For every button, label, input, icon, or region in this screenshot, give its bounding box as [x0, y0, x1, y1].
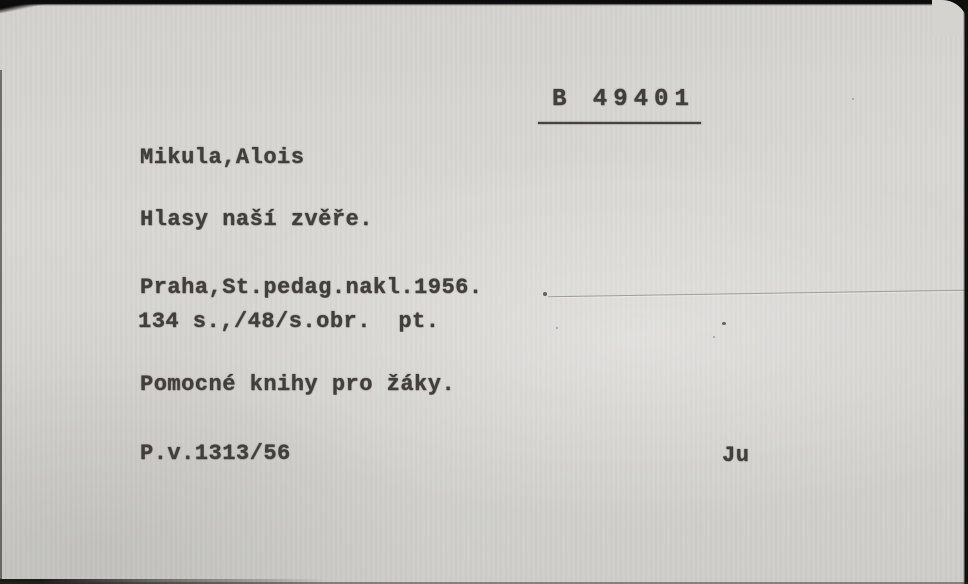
scan-edge-left: [0, 70, 2, 584]
ink-speck: [556, 327, 558, 329]
title-line: Hlasy naší zvěře.: [140, 207, 373, 232]
scan-edge-top-left: [0, 0, 46, 13]
ink-speck: [852, 98, 854, 100]
catalog-number: B 49401: [552, 86, 695, 113]
scanned-catalog-card: B 49401 Mikula,Alois Hlasy naší zvěře. P…: [0, 0, 968, 584]
scan-edge-right: [963, 0, 968, 584]
catalog-number-underline: [538, 122, 701, 124]
ink-speck: [722, 322, 726, 325]
series-note-line: Pomocné knihy pro žáky.: [140, 372, 455, 397]
author-line: Mikula,Alois: [140, 145, 304, 170]
paper-crease: [548, 290, 966, 298]
imprint-line: Praha,St.pedag.nakl.1956.: [140, 275, 483, 300]
ink-speck: [543, 292, 547, 296]
scan-edge-top: [0, 0, 968, 6]
catalog-card-paper: B 49401 Mikula,Alois Hlasy naší zvěře. P…: [0, 0, 968, 584]
accession-number: P.v.1313/56: [140, 441, 291, 466]
collation-line: 134 s.,/48/s.obr. pt.: [138, 309, 439, 334]
cataloguer-initials: Ju: [722, 443, 749, 468]
ink-speck: [713, 336, 715, 338]
